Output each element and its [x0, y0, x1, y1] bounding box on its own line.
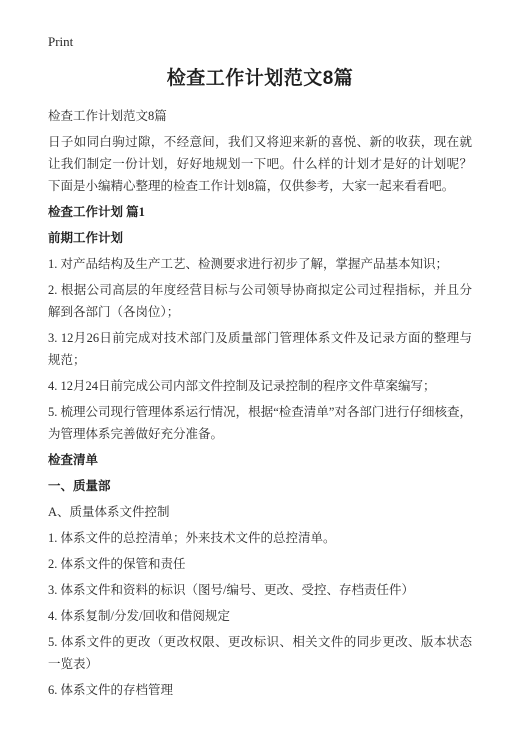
paragraph: 3. 体系文件和资料的标识（图号/编号、更改、受控、存档责任件）: [48, 579, 472, 601]
document-page: Print 检查工作计划范文8篇 检查工作计划范文8篇日子如同白驹过隙，不经意间…: [0, 0, 520, 745]
print-link[interactable]: Print: [48, 34, 73, 49]
paragraph: 2. 体系文件的保管和责任: [48, 553, 472, 575]
paragraph: 日子如同白驹过隙，不经意间，我们又将迎来新的喜悦、新的收获，现在就让我们制定一份…: [48, 131, 472, 197]
section-heading: 前期工作计划: [48, 227, 472, 249]
paragraph: 5. 梳理公司现行管理体系运行情况，根据“检查清单”对各部门进行仔细核查，为管理…: [48, 401, 472, 445]
paragraph: 5. 体系文件的更改（更改权限、更改标识、相关文件的同步更改、版本状态一览表）: [48, 631, 472, 675]
section-heading: 检查清单: [48, 449, 472, 471]
paragraph: 4. 体系复制/分发/回收和借阅规定: [48, 605, 472, 627]
paragraph: 1. 体系文件的总控清单；外来技术文件的总控清单。: [48, 527, 472, 549]
document-body: 检查工作计划范文8篇日子如同白驹过隙，不经意间，我们又将迎来新的喜悦、新的收获，…: [48, 105, 472, 701]
paragraph: A、质量体系文件控制: [48, 501, 472, 523]
paragraph: 3. 12月26日前完成对技术部门及质量部门管理体系文件及记录方面的整理与规范；: [48, 327, 472, 371]
paragraph: 6. 体系文件的存档管理: [48, 679, 472, 701]
paragraph: 2. 根据公司高层的年度经营目标与公司领导协商拟定公司过程指标，并且分解到各部门…: [48, 279, 472, 323]
page-title: 检查工作计划范文8篇: [48, 66, 472, 92]
paragraph: 4. 12月24日前完成公司内部文件控制及记录控制的程序文件草案编写；: [48, 375, 472, 397]
section-heading: 一、质量部: [48, 475, 472, 497]
section-heading: 检查工作计划 篇1: [48, 201, 472, 223]
paragraph: 1. 对产品结构及生产工艺、检测要求进行初步了解，掌握产品基本知识；: [48, 253, 472, 275]
paragraph: 检查工作计划范文8篇: [48, 105, 472, 127]
